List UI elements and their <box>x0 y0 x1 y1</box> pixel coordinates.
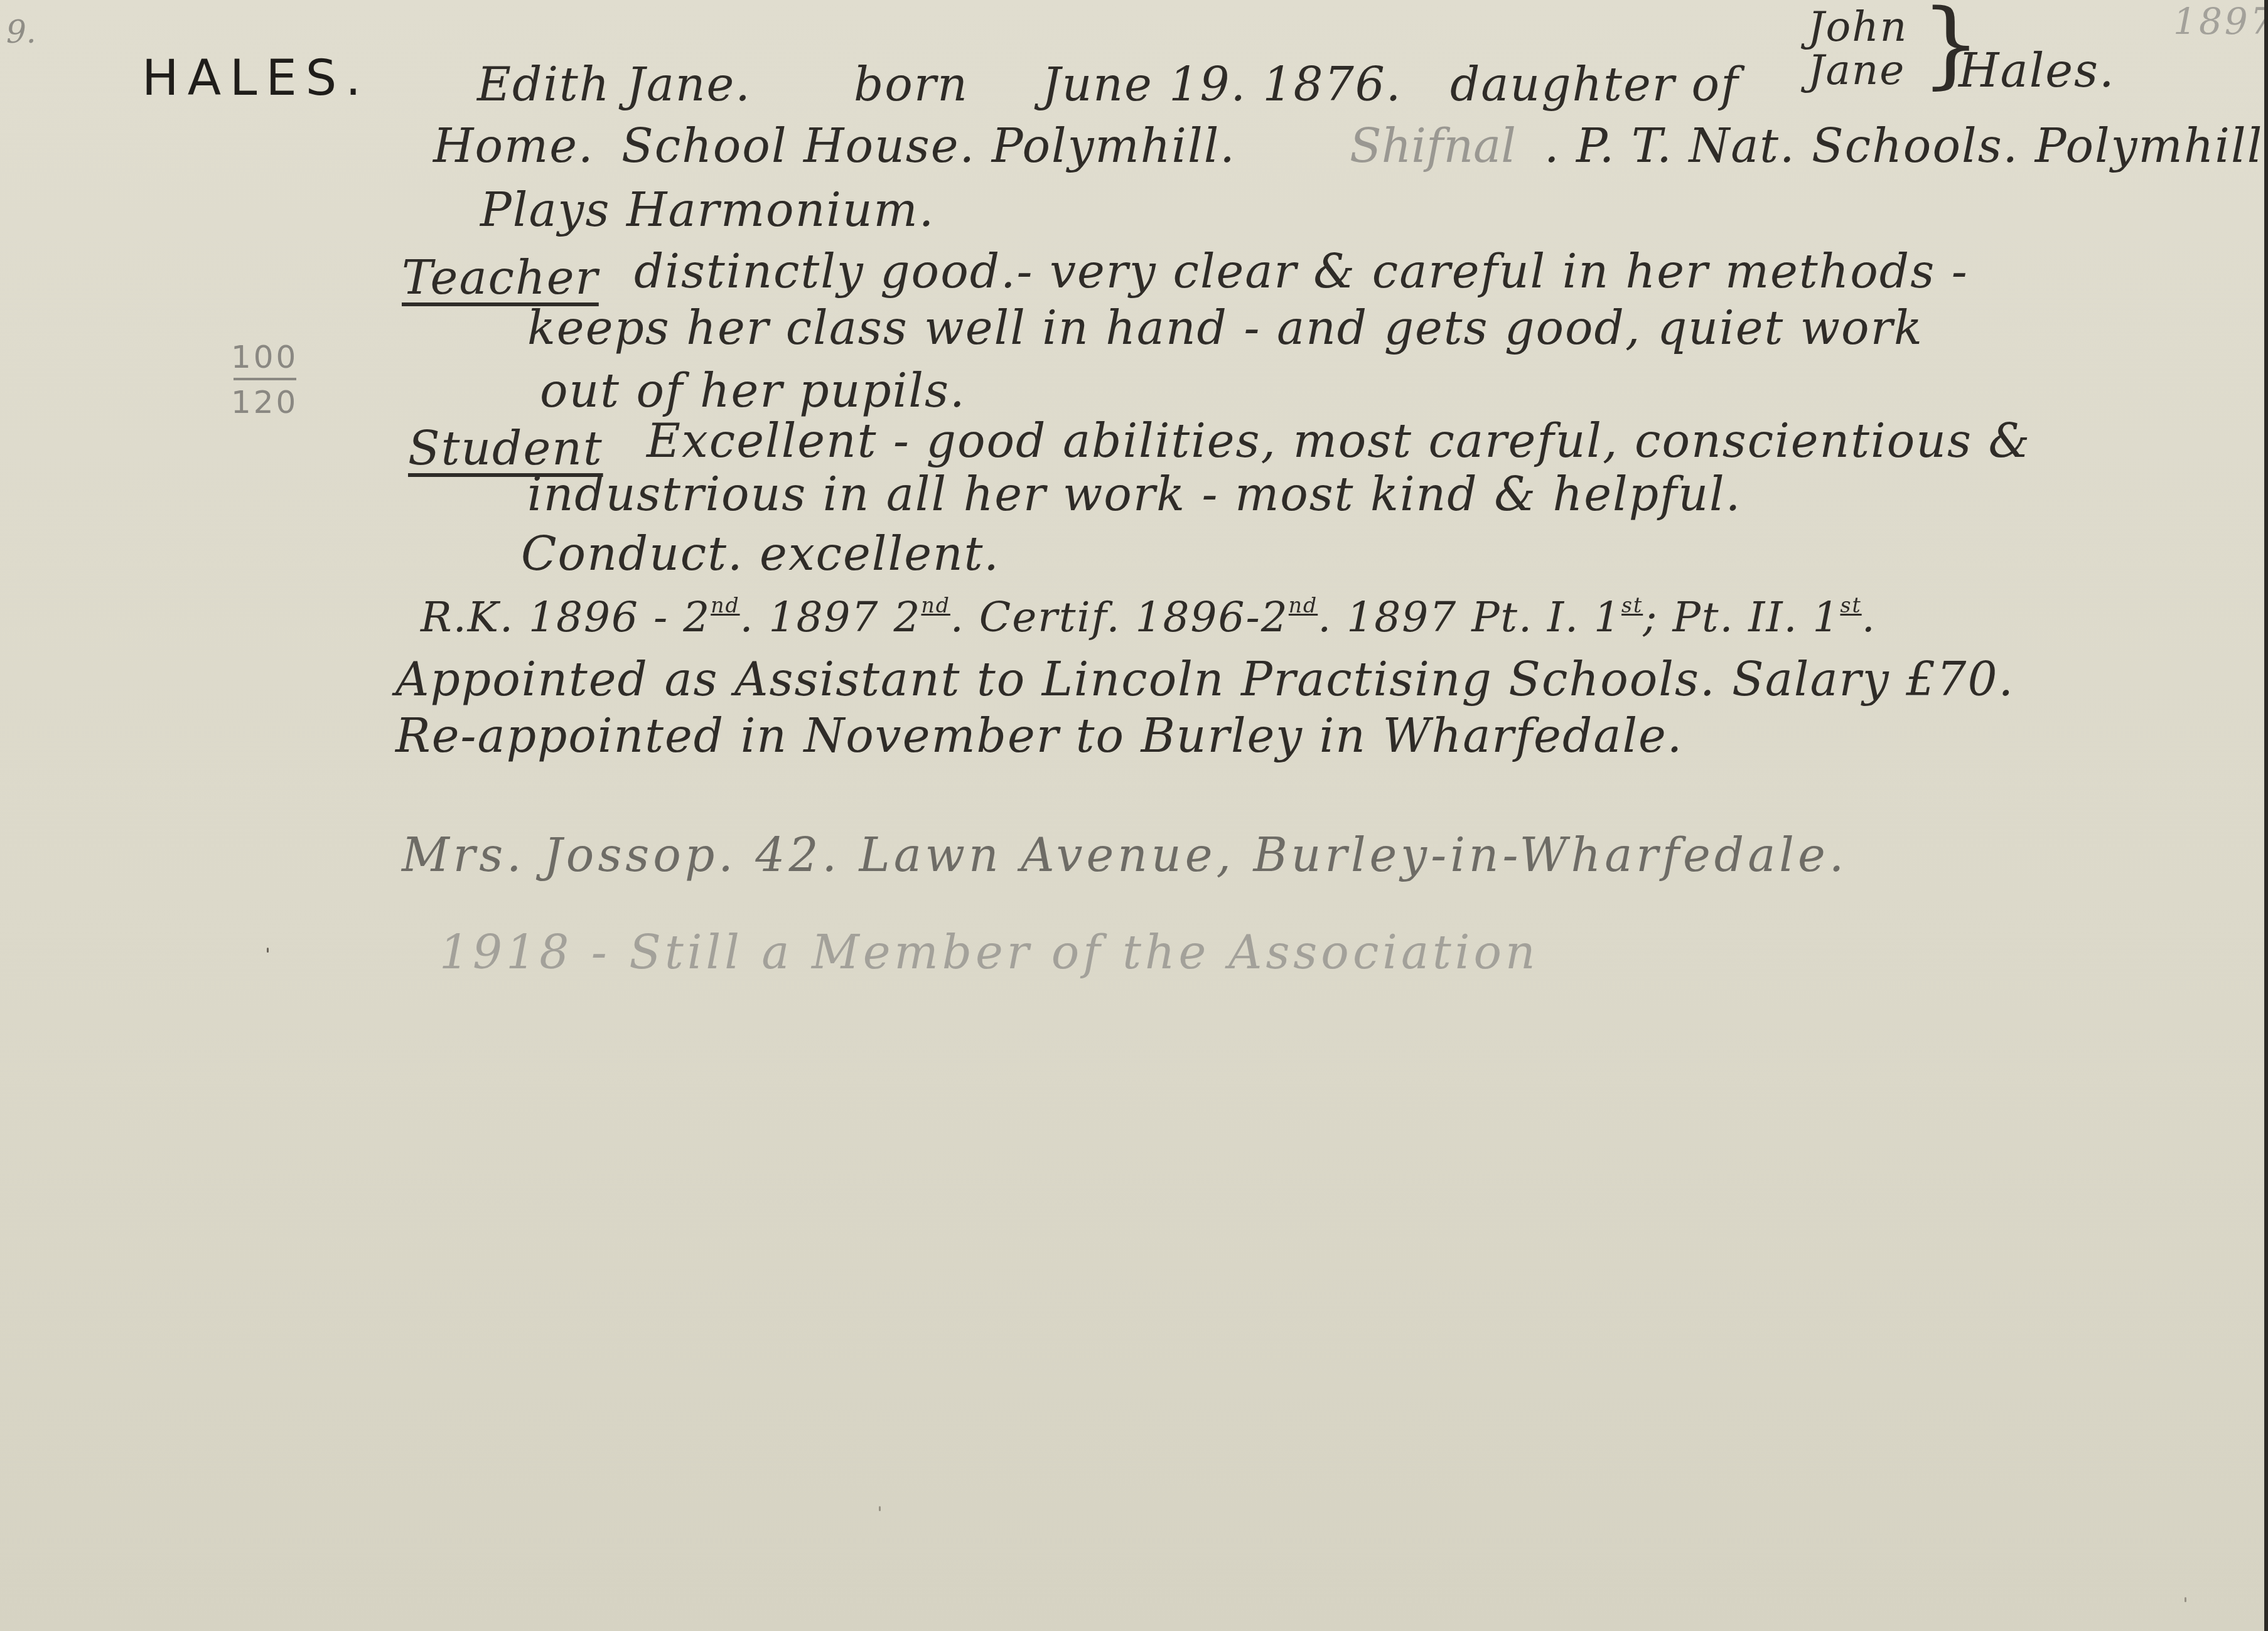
score-fraction: 100 120 <box>231 339 298 420</box>
teacher-line-2: keeps her class well in hand - and gets … <box>527 301 1923 355</box>
family-name: Hales. <box>1959 44 2115 98</box>
father-name: John <box>1808 5 1908 48</box>
certif-result: . Certif. 1896-2 <box>950 593 1289 641</box>
ordinal-suffix: st <box>1840 593 1861 618</box>
certif-part1-result: . 1897 Pt. I. 1 <box>1318 593 1621 641</box>
teacher-label: Teacher <box>402 251 599 305</box>
parents-names: John Jane <box>1808 5 1908 92</box>
student-line-2: industrious in all her work - most kind … <box>527 468 1741 521</box>
ordinal-suffix: nd <box>711 593 739 618</box>
born-label: born <box>854 58 969 112</box>
score-denominator: 120 <box>231 384 298 420</box>
period: . <box>1862 593 1876 641</box>
school-name: . P. T. Nat. Schools. Polymhill. <box>1544 119 2268 173</box>
certif-part2-result: ; Pt. II. 1 <box>1643 593 1840 641</box>
appointment-line-1: Appointed as Assistant to Lincoln Practi… <box>395 653 2014 707</box>
paper-speck <box>2185 1597 2186 1602</box>
birth-date: June 19. 1876. <box>1042 58 1402 112</box>
given-names: Edith Jane. <box>477 58 751 112</box>
paper-speck <box>879 1506 881 1511</box>
ordinal-suffix: nd <box>1289 593 1318 618</box>
paper-speck <box>267 948 269 953</box>
record-card: 9. 1897 HALES. Edith Jane. born June 19.… <box>0 0 2268 1631</box>
skills-note: Plays Harmonium. <box>480 183 935 237</box>
fraction-bar <box>234 378 296 380</box>
card-edge <box>2264 0 2268 1631</box>
year-mark: 1897 <box>2173 0 2268 43</box>
index-number: 9. <box>6 14 36 50</box>
student-line-3: Conduct. excellent. <box>521 527 1000 581</box>
mother-name: Jane <box>1808 48 1908 92</box>
rk-1897-result: . 1897 2 <box>740 593 922 641</box>
rk-result: R.K. 1896 - 2 <box>421 593 711 641</box>
teacher-line-1: distinctly good.- very clear & careful i… <box>634 245 1969 299</box>
home-label: Home. <box>433 119 594 173</box>
surname-heading: HALES. <box>142 50 370 107</box>
later-address-note: Mrs. Jossop. 42. Lawn Avenue, Burley-in-… <box>402 828 1847 882</box>
score-numerator: 100 <box>231 339 298 375</box>
daughter-of-label: daughter of <box>1450 58 1739 112</box>
membership-note: 1918 - Still a Member of the Association <box>439 926 1539 980</box>
ordinal-suffix: st <box>1621 593 1643 618</box>
home-address: School House. Polymhill. <box>621 119 1236 173</box>
exam-results: R.K. 1896 - 2nd. 1897 2nd. Certif. 1896-… <box>421 593 1876 641</box>
teacher-line-3: out of her pupils. <box>540 364 966 418</box>
ordinal-suffix: nd <box>921 593 950 618</box>
home-address-pencil: Shifnal <box>1350 119 1516 173</box>
student-line-1: Excellent - good abilities, most careful… <box>647 414 2031 468</box>
appointment-line-2: Re-appointed in November to Burley in Wh… <box>395 709 1683 763</box>
